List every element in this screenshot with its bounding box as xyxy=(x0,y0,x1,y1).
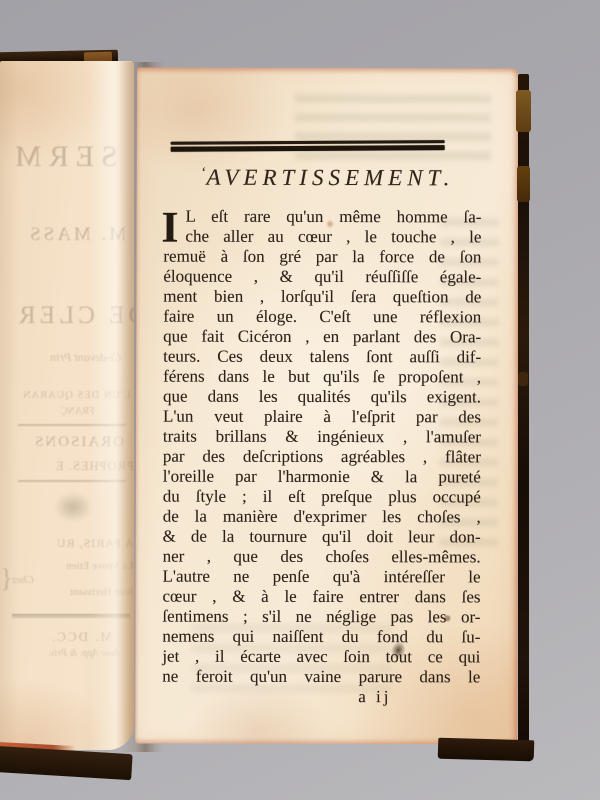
body-line: férens dans le but qu'ils ſe propoſent , xyxy=(163,367,481,388)
foxing-spot xyxy=(444,615,450,621)
body-line: & de la tournure qu'il doit leur don- xyxy=(163,527,481,548)
left-page: SERM M. MASS DE CLER Ci-devant Prin L'UN… xyxy=(0,61,134,750)
body-line: che aller au cœur , le touche , le xyxy=(185,227,481,248)
body-line: ner , que des choſes elles-mêmes. xyxy=(163,547,481,568)
showthrough-smudge xyxy=(295,94,491,163)
body-line: L'autre ne penſe qu'à intéreſſer le xyxy=(163,567,481,588)
body-line: jet , il écarte avec ſoin tout ce qui xyxy=(162,647,480,668)
signature-mark: a ij xyxy=(358,687,480,707)
body-line: ne feroit qu'un vaine parure dans le xyxy=(162,667,480,688)
page-title: ‘AVERTISSEMENT. xyxy=(137,165,519,192)
body-line: nemens qui naiſſent du fond du ſu- xyxy=(162,627,480,648)
body-line: l'oreille par l'harmonie & la pureté xyxy=(163,467,481,488)
binding-band xyxy=(517,166,530,202)
body-line: du ſtyle ; il eſt preſque plus occupé xyxy=(163,487,481,508)
body-line: éloquence , & qu'il réuſſiſſe égale- xyxy=(163,267,481,288)
body-line: ment bien , lorſqu'il ſera queſtion de xyxy=(163,287,481,308)
body-text: I L eſt rare qu'un même homme ſa- che al… xyxy=(162,207,481,708)
headpiece-rule xyxy=(171,140,445,152)
body-line: cœur , & à le faire entrer dans ſes xyxy=(162,587,480,608)
book-bottom-edge xyxy=(0,746,133,780)
drop-cap: I xyxy=(161,208,178,248)
right-page: ‘AVERTISSEMENT. I L eſt rare qu'un même … xyxy=(135,68,519,745)
body-line: par des deſcriptions agréables , flâter xyxy=(163,447,481,468)
photo-background: SERM M. MASS DE CLER Ci-devant Prin L'UN… xyxy=(0,0,600,800)
binding-band xyxy=(516,90,531,132)
page-fold-highlight xyxy=(0,61,134,750)
body-line: de la manière d'exprimer les choſes , xyxy=(163,507,481,528)
body-line: remuë à ſon gré par la force de ſon xyxy=(163,247,481,268)
binding-band xyxy=(518,372,528,386)
body-line: que fait Cicéron , en parlant des Ora- xyxy=(163,327,481,348)
body-line: teurs. Ces deux talens ſont auſſi dif- xyxy=(163,347,481,368)
body-line: faire un éloge. C'eſt une réflexion xyxy=(163,307,481,328)
body-line: ſentimens ; s'il ne néglige pas les or- xyxy=(162,607,480,628)
foxing-spot xyxy=(325,220,334,228)
page-title-text: AVERTISSEMENT. xyxy=(206,165,454,191)
body-line: que dans les qualités qu'ils exigent. xyxy=(163,387,481,408)
book-bottom-edge xyxy=(438,738,535,762)
body-line: traits brillans & ingénieux , l'amuſer xyxy=(163,427,481,448)
body-line: L'un veut plaire à l'eſprit par des xyxy=(163,407,481,428)
